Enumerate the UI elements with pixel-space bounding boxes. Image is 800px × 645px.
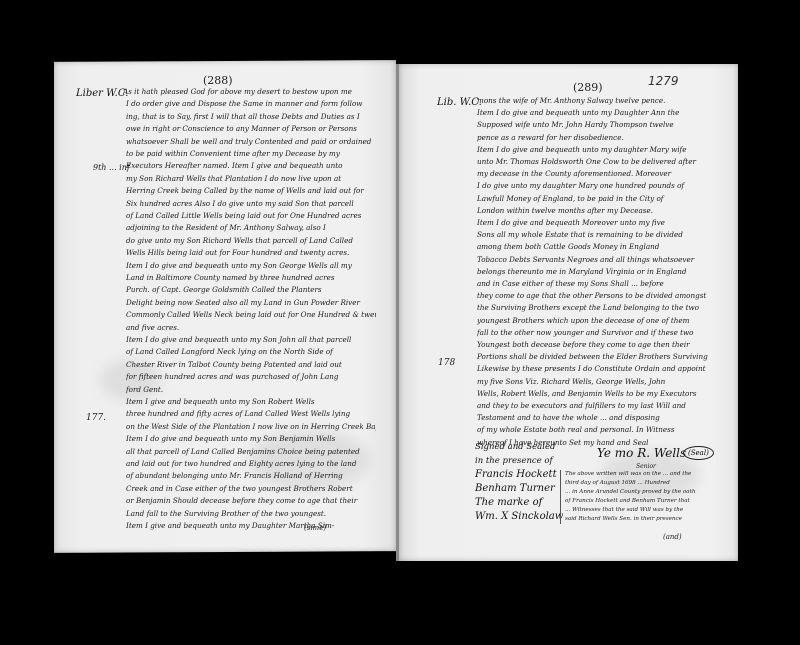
manuscript-line: youngest Brothers which upon the decease… [477, 315, 722, 327]
testator-signature: Ye mo R. Wells [597, 446, 686, 460]
manuscript-line: whatsoever Shall be well and truly Conte… [126, 136, 376, 148]
catchword-right: (and) [663, 533, 682, 541]
side-number-left: 177. [86, 413, 106, 423]
manuscript-line: my five Sons Viz. Richard Wells, George … [477, 376, 722, 388]
manuscript-line: Item I give and bequeath unto my Son Rob… [126, 396, 376, 408]
manuscript-line: Commonly Called Wells Neck being laid ou… [126, 309, 376, 321]
witness-name-4: Wm. X Sinckolaw [475, 510, 563, 524]
manuscript-line: Sons all my whole Estate that is remaini… [477, 229, 722, 241]
manuscript-line: mons the wife of Mr. Anthony Salway twel… [477, 95, 722, 107]
manuscript-line: Purch. of Capt. George Goldsmith Called … [126, 284, 376, 296]
manuscript-line: to be paid within Convenient time after … [126, 148, 376, 160]
page-number-right: (289) [573, 81, 603, 94]
manuscript-line: unto Mr. Thomas Holdsworth One Cow to be… [477, 156, 722, 168]
manuscript-line: or Benjamin Should decease before they c… [126, 495, 376, 507]
margin-note: 9th ... inf [93, 163, 130, 172]
manuscript-line: of Land Called Little Wells being laid o… [126, 210, 376, 222]
manuscript-line: Tobacco Debts Servants Negroes and all t… [477, 254, 722, 266]
manuscript-line: do give unto my Son Richard Wells that p… [126, 235, 376, 247]
attestation-note: The above written will was on the ... an… [560, 470, 696, 524]
manuscript-line: all that parcell of Land Called Benjamin… [126, 446, 376, 458]
manuscript-line: London within twelve months after my Dec… [477, 205, 722, 217]
side-number-right: 178 [438, 358, 455, 368]
witness-block: Signed and Sealed in the presence of Fra… [475, 440, 563, 524]
manuscript-line: Executors Hereafter named. Item I give a… [126, 160, 376, 172]
manuscript-line: and in Case either of these my Sons Shal… [477, 278, 722, 290]
signature-senior: Senior [636, 463, 656, 470]
folio-number: 1279 [648, 74, 679, 88]
attestation-line: third day of August 1698 ... Hundred [565, 479, 696, 488]
manuscript-line: they come to age that the other Persons … [477, 290, 722, 302]
manuscript-line: Youngest both decease before they come t… [477, 339, 722, 351]
attestation-line: ... Witnesses that the said Will was by … [565, 506, 696, 515]
manuscript-line: among them both Cattle Goods Money in En… [477, 241, 722, 253]
manuscript-line: Portions shall be divided between the El… [477, 351, 722, 363]
manuscript-line: Land fall to the Surviving Brother of th… [126, 508, 376, 520]
liber-label-left: Liber W.C. [76, 88, 128, 99]
witness-name-3: The marke of [475, 496, 563, 510]
attestation-line: of Francis Hockett and Benham Turner tha… [565, 497, 696, 506]
witness-name-2: Benham Turner [475, 482, 563, 496]
manuscript-line: owe in right or Conscience to any Manner… [126, 123, 376, 135]
manuscript-line: and laid out for two hundred and Eighty … [126, 458, 376, 470]
manuscript-line: I do order give and Dispose the Same in … [126, 98, 376, 110]
manuscript-line: Supposed wife unto Mr. John Hardy Thomps… [477, 119, 722, 131]
manuscript-line: I do give unto my daughter Mary one hund… [477, 180, 722, 192]
manuscript-line: Wells Hills being laid out for Four hund… [126, 247, 376, 259]
manuscript-line: Item I do give and bequeath unto my Son … [126, 334, 376, 346]
manuscript-line: Lawfull Money of England, to be paid in … [477, 193, 722, 205]
manuscript-line: for fifteen hundred acres and was purcha… [126, 371, 376, 383]
manuscript-line: Land in Baltimore County named by three … [126, 272, 376, 284]
manuscript-line: Item I do give and bequeath unto my daug… [477, 144, 722, 156]
manuscript-line: of my whole Estate both real and persona… [477, 424, 722, 436]
manuscript-line: on the West Side of the Plantation I now… [126, 421, 376, 433]
manuscript-line: Item I do give and bequeath unto my Son … [126, 260, 376, 272]
manuscript-line: fall to the other now younger and Surviv… [477, 327, 722, 339]
witness-header-2: in the presence of [475, 454, 563, 468]
manuscript-line: of Land Called Langford Neck lying on th… [126, 346, 376, 358]
manuscript-line: of abundant belonging unto Mr. Francis H… [126, 470, 376, 482]
attestation-line: The above written will was on the ... an… [565, 470, 696, 479]
manuscript-line: Wells, Robert Wells, and Benjamin Wells … [477, 388, 722, 400]
manuscript-line: As it hath pleased God for above my dese… [123, 86, 376, 98]
witness-header-1: Signed and Sealed [475, 440, 563, 454]
manuscript-line: and they to be executors and fulfillers … [477, 400, 722, 412]
manuscript-line: Creek and in Case either of the two youn… [126, 483, 376, 495]
manuscript-line: Item I do give and bequeath unto my Daug… [477, 107, 722, 119]
manuscript-line: Item I do give and bequeath Moreover unt… [477, 217, 722, 229]
manuscript-line: my decease in the County aforementioned.… [477, 168, 722, 180]
liber-label-right: Lib. W.C. [437, 97, 482, 108]
manuscript-line: Herring Creek being Called by the name o… [126, 185, 376, 197]
manuscript-line: ford Gent. [126, 384, 376, 396]
manuscript-line: Item I give and bequeath unto my Daughte… [126, 520, 376, 532]
manuscript-line: three hundred and fifty acres of Land Ca… [126, 408, 376, 420]
manuscript-line: adjoining to the Resident of Mr. Anthony… [126, 222, 376, 234]
manuscript-line: ing, that is to Say, first I will that a… [126, 111, 376, 123]
manuscript-line: and five acres. [126, 322, 376, 334]
catchword-left: (sime) [304, 524, 326, 532]
manuscript-line: the Surviving Brothers except the Land b… [477, 302, 722, 314]
attestation-line: said Richard Wells Sen. in their presenc… [565, 515, 696, 524]
manuscript-line: belongs thereunto me in Maryland Virgini… [477, 266, 722, 278]
manuscript-line: Testament and to have the whole ... and … [477, 412, 722, 424]
seal-mark: (Seal) [683, 446, 714, 460]
attestation-line: ... in Anne Arundel County proved by the… [565, 488, 696, 497]
manuscript-line: Delight being now Seated also all my Lan… [126, 297, 376, 309]
manuscript-line: pence as a reward for her disobedience. [477, 132, 722, 144]
witness-name-1: Francis Hockett [475, 468, 563, 482]
manuscript-line: Likewise by these presents I do Constitu… [477, 363, 722, 375]
manuscript-line: Chester River in Talbot County being Pat… [126, 359, 376, 371]
book-spine [396, 64, 399, 561]
manuscript-line: Item I do give and bequeath unto my Son … [126, 433, 376, 445]
manuscript-line: Six hundred acres Also I do give unto my… [126, 198, 376, 210]
manuscript-line: my Son Richard Wells that Plantation I d… [126, 173, 376, 185]
